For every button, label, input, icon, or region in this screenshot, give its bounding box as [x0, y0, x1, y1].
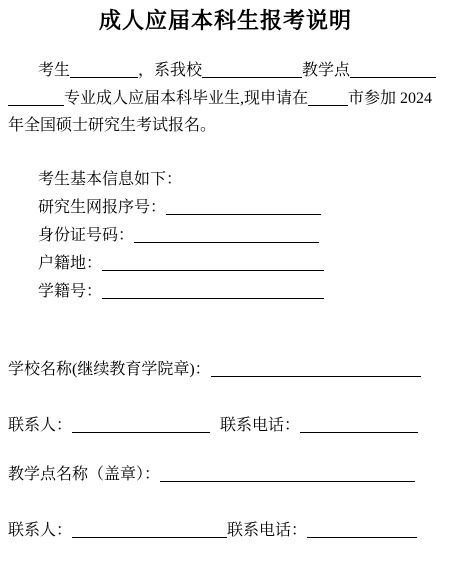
- contact-label-1: 联系人：: [8, 417, 72, 434]
- teaching-point-name-label: 教学点名称（盖章）：: [8, 466, 160, 483]
- blank-contact-1[interactable]: [72, 417, 210, 433]
- blank-city[interactable]: [308, 90, 348, 106]
- id-card-label: 身份证号码：: [38, 227, 134, 244]
- field-student-id: 学籍号：: [38, 282, 324, 302]
- blank-residence[interactable]: [102, 255, 324, 271]
- field-id-card: 身份证号码：: [38, 226, 319, 246]
- closing-text: 年全国硕士研究生考试报名。: [8, 117, 216, 134]
- form-title: 成人应届本科生报考说明: [0, 4, 451, 35]
- blank-school-name[interactable]: [202, 62, 302, 78]
- residence-label: 户籍地：: [38, 255, 102, 272]
- field-residence: 户籍地：: [38, 254, 324, 274]
- city-suffix-text: 市参加 2024: [348, 90, 432, 107]
- blank-contact-2[interactable]: [72, 522, 227, 538]
- blank-candidate-name[interactable]: [70, 62, 138, 78]
- student-id-label: 学籍号：: [38, 283, 102, 300]
- blank-id-card[interactable]: [134, 227, 319, 243]
- contact-label-2: 联系人：: [8, 522, 72, 539]
- teaching-contact-line: 联系人：联系电话：: [8, 521, 417, 541]
- teaching-point-name-line: 教学点名称（盖章）：: [8, 465, 415, 485]
- blank-phone-2[interactable]: [307, 522, 417, 538]
- net-id-label: 研究生网报序号：: [38, 199, 166, 216]
- intro-line-2: 专业成人应届本科毕业生,现申请在市参加 2024: [8, 89, 432, 109]
- major-text: 专业成人应届本科毕业生,现申请在: [64, 90, 308, 107]
- school-contact-line: 联系人：联系电话：: [8, 416, 418, 436]
- blank-major[interactable]: [8, 90, 64, 106]
- info-heading: 考生基本信息如下：: [38, 170, 182, 190]
- blank-teaching-point[interactable]: [350, 62, 436, 78]
- school-name-line: 学校名称(继续教育学院章)：: [8, 360, 421, 380]
- field-net-id: 研究生网报序号：: [38, 198, 321, 218]
- intro-line-3: 年全国硕士研究生考试报名。: [8, 116, 216, 136]
- teaching-point-label: 教学点: [302, 62, 350, 79]
- blank-student-id[interactable]: [102, 283, 324, 299]
- blank-teaching-point-name[interactable]: [160, 466, 415, 482]
- school-prefix-label: ，系我校: [138, 62, 202, 79]
- phone-label-1: 联系电话：: [220, 417, 300, 434]
- form-page: 成人应届本科生报考说明 考生，系我校教学点 专业成人应届本科毕业生,现申请在市参…: [0, 0, 451, 572]
- info-heading-text: 考生基本信息如下：: [38, 171, 182, 188]
- school-name-label: 学校名称(继续教育学院章)：: [8, 361, 211, 378]
- intro-line-1: 考生，系我校教学点: [8, 61, 436, 81]
- blank-net-id[interactable]: [166, 199, 321, 215]
- blank-phone-1[interactable]: [300, 417, 418, 433]
- blank-school-seal-name[interactable]: [211, 361, 421, 377]
- candidate-label: 考生: [38, 62, 70, 79]
- phone-label-2: 联系电话：: [227, 522, 307, 539]
